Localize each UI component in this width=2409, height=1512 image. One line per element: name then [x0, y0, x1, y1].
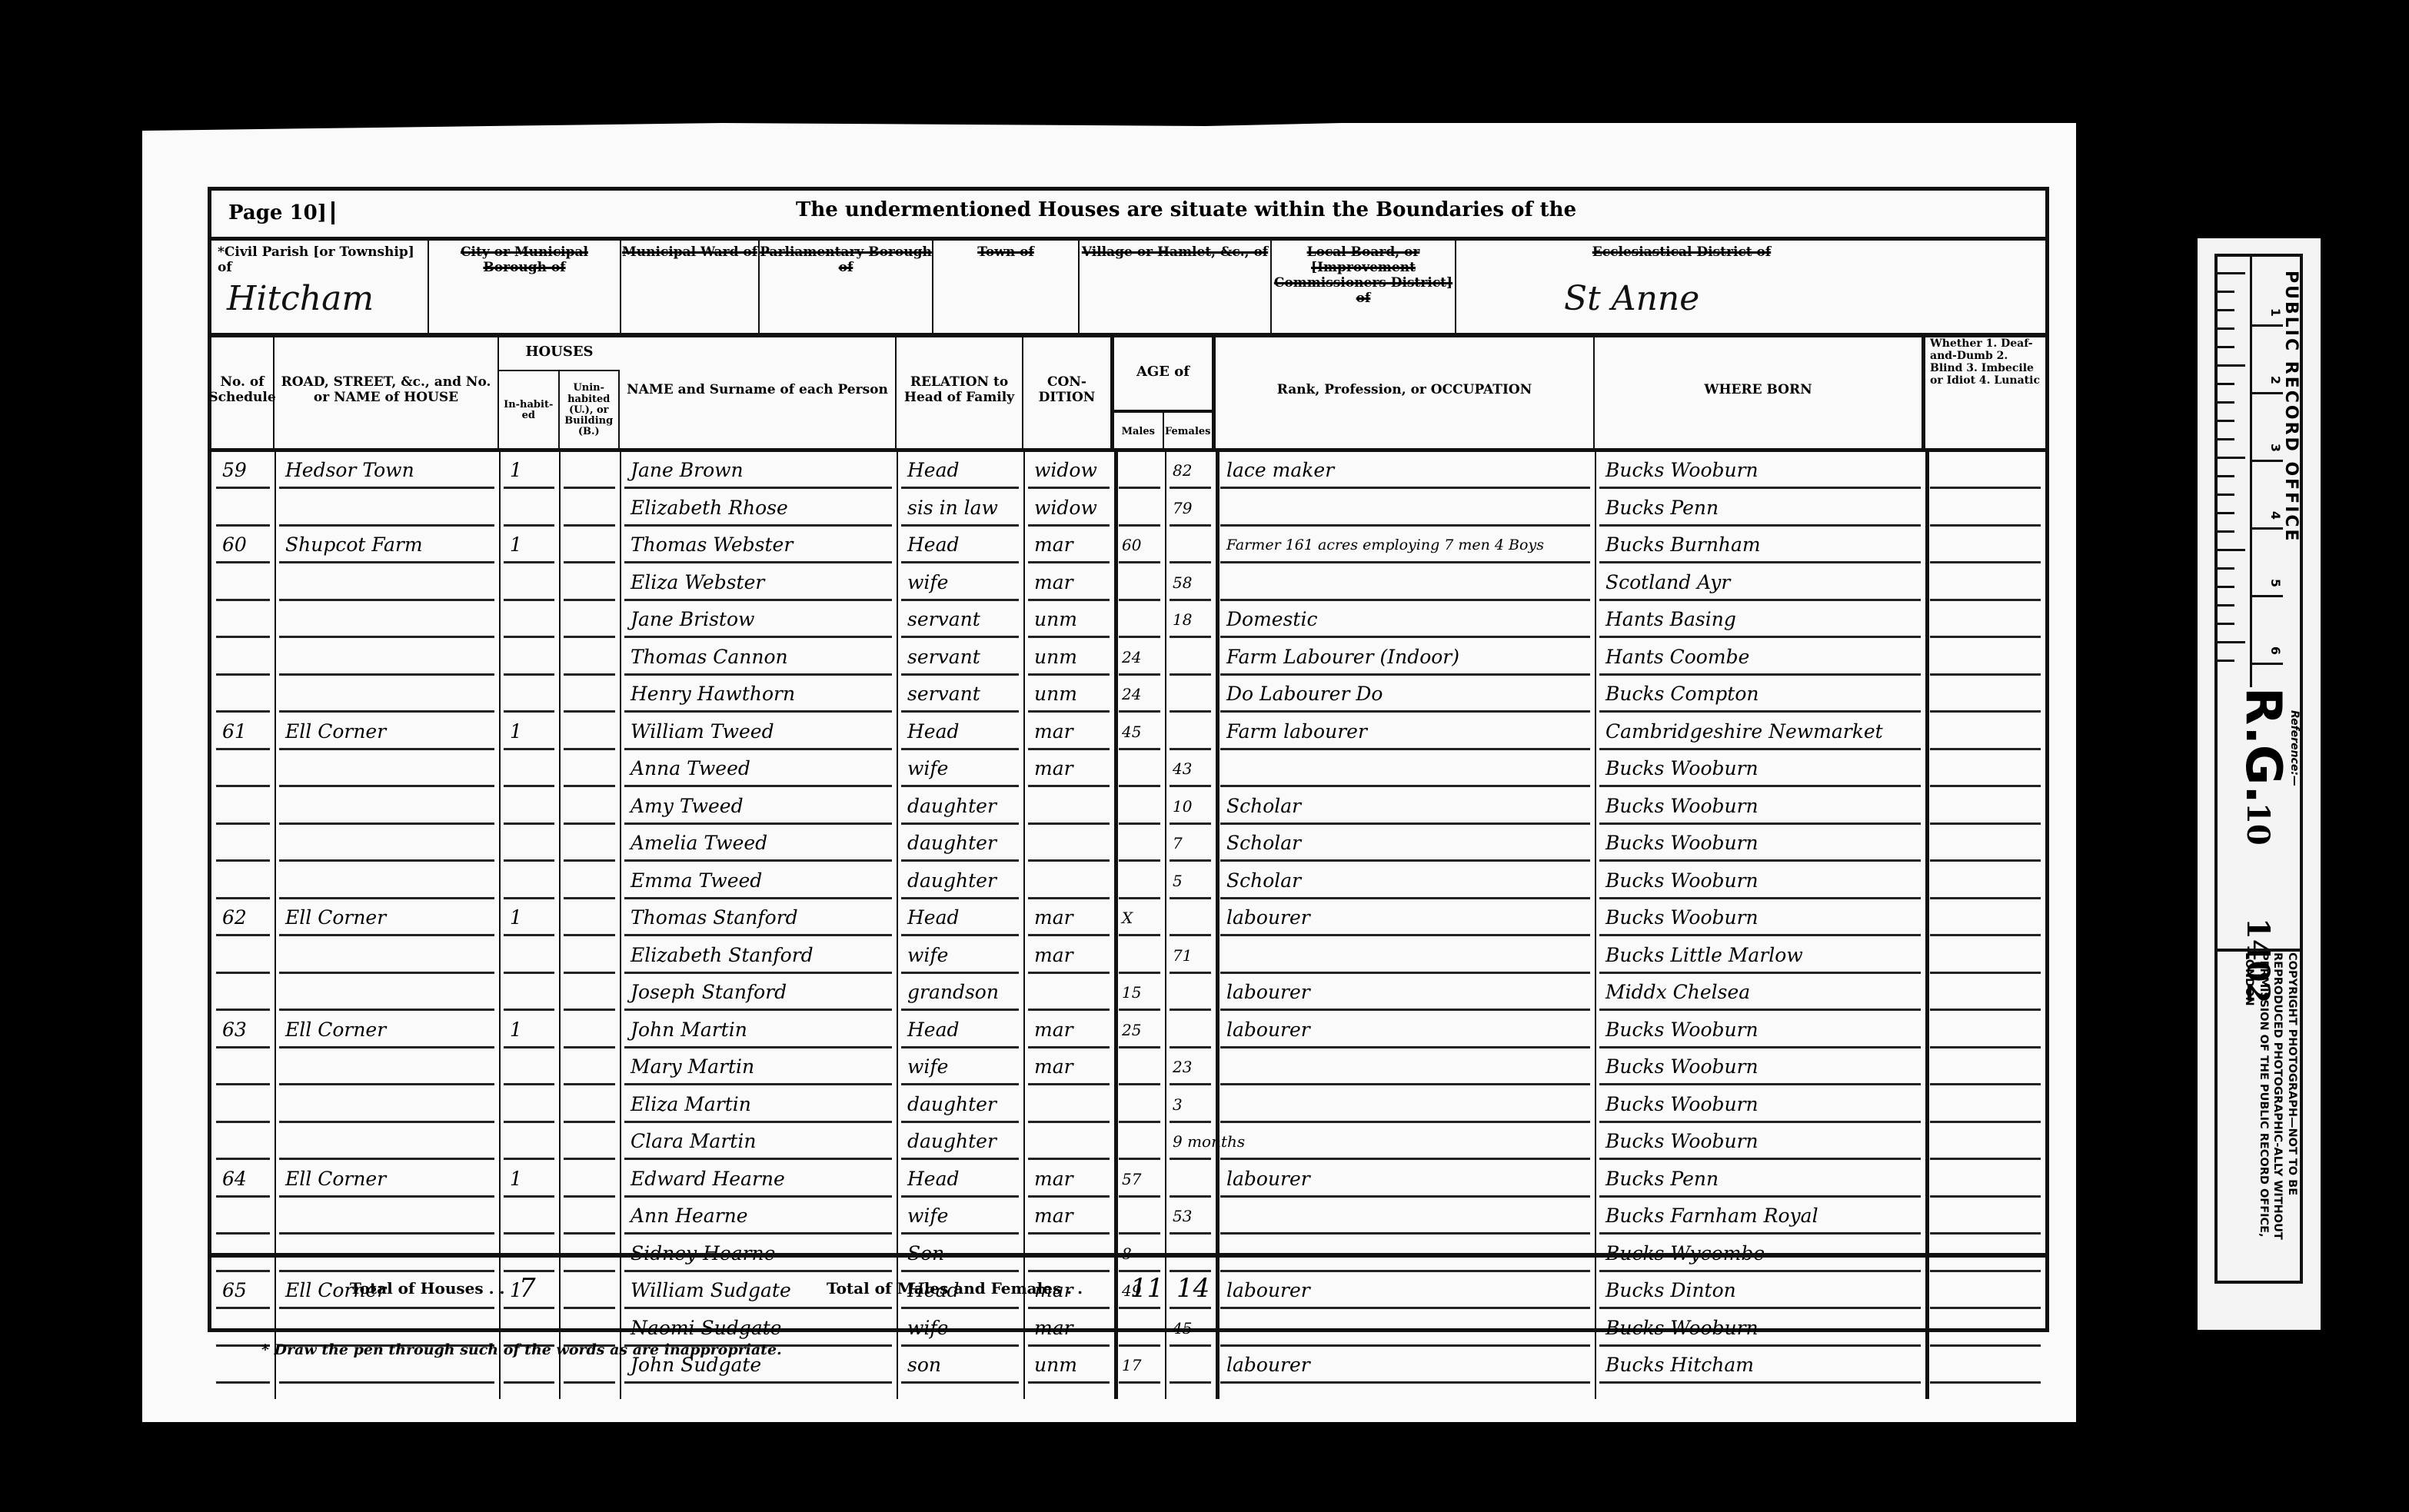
cell-name: Eliza Webster — [624, 564, 892, 601]
cell-occupation: labourer — [1220, 1161, 1590, 1198]
cell-male-age — [1119, 564, 1160, 601]
cell-female-age: 10 — [1170, 788, 1211, 825]
cell-infirm — [1930, 676, 2041, 713]
cell-relation: Head — [901, 713, 1019, 750]
cell-condition: mar — [1028, 564, 1110, 601]
cell-born: Bucks Wooburn — [1599, 899, 1921, 936]
cell-occupation — [1220, 1048, 1590, 1085]
ruler-tick — [2218, 364, 2245, 367]
cell-road — [279, 862, 494, 899]
ruler-tick — [2218, 549, 2245, 551]
area-field: City or Municipal Borough of — [429, 237, 621, 333]
cell-born: Scotland Ayr — [1599, 564, 1921, 601]
cell-inhabited — [504, 788, 554, 825]
area-label: Ecclesiastical District of — [1456, 244, 1907, 260]
cell-condition: unm — [1028, 1347, 1110, 1384]
cell-name: Elizabeth Rhose — [624, 490, 892, 527]
ruler-tick — [2218, 420, 2234, 422]
cell-inhabited: 1 — [504, 1161, 554, 1198]
cell-name: Clara Martin — [624, 1123, 892, 1160]
area-label: Town of — [933, 244, 1078, 260]
cell-born: Cambridgeshire Newmarket — [1599, 713, 1921, 750]
cell-schedule: 62 — [216, 899, 270, 936]
area-value: St Anne — [1564, 279, 1699, 318]
cell-born: Hants Basing — [1599, 601, 1921, 638]
ruler-tick — [2218, 567, 2234, 570]
cell-schedule — [216, 639, 270, 676]
cell-condition — [1028, 974, 1110, 1011]
cell-female-age: 18 — [1170, 601, 1211, 638]
cell-road: Ell Corner — [279, 899, 494, 936]
cell-condition: unm — [1028, 639, 1110, 676]
cell-inhabited — [504, 937, 554, 974]
table-row: Elizabeth Rhosesis in lawwidow79Bucks Pe… — [211, 490, 2045, 527]
cell-condition: mar — [1028, 750, 1110, 787]
cell-born: Bucks Wooburn — [1599, 1086, 1921, 1123]
cell-uninhabited — [564, 639, 615, 676]
cell-schedule — [216, 862, 270, 899]
cell-name: Amelia Tweed — [624, 825, 892, 862]
cell-condition: widow — [1028, 452, 1110, 489]
cell-male-age — [1119, 452, 1160, 489]
cell-infirm — [1930, 452, 2041, 489]
table-row: Anna Tweedwifemar43Bucks Wooburn — [211, 750, 2045, 787]
col-females: Females — [1164, 413, 1213, 451]
cell-condition: unm — [1028, 676, 1110, 713]
cell-occupation — [1220, 564, 1590, 601]
page-number: Page 10] — [228, 201, 334, 224]
cell-relation: servant — [901, 639, 1019, 676]
ruler-tick — [2218, 493, 2234, 496]
cell-male-age — [1119, 750, 1160, 787]
table-row: Joseph Stanfordgrandson15labourerMiddx C… — [211, 974, 2045, 1011]
table-row: Thomas Cannonservantunm24Farm Labourer (… — [211, 639, 2045, 676]
table-row: Clara Martindaughter9 monthsBucks Woobur… — [211, 1123, 2045, 1160]
cell-schedule — [216, 1198, 270, 1235]
table-row: Eliza Websterwifemar58Scotland Ayr — [211, 564, 2045, 601]
col-houses: HOUSES In-habit-ed Unin-habited (U.), or… — [499, 333, 620, 448]
cell-born: Bucks Wooburn — [1599, 1012, 1921, 1048]
cell-road — [279, 1123, 494, 1160]
cell-relation: daughter — [901, 862, 1019, 899]
age-label: AGE of — [1114, 333, 1212, 411]
total-houses-label: Total of Houses . . — [350, 1279, 504, 1298]
col-males: Males — [1114, 413, 1164, 451]
office-label: PUBLIC RECORD OFFICE — [2281, 271, 2301, 543]
cell-inhabited: 1 — [504, 713, 554, 750]
cell-infirm — [1930, 862, 2041, 899]
cell-female-age — [1170, 899, 1211, 936]
cell-uninhabited — [564, 601, 615, 638]
area-field: Local Board, or [Improvement Commissione… — [1272, 237, 1456, 333]
cell-uninhabited — [564, 1086, 615, 1123]
cell-inhabited — [504, 490, 554, 527]
table-row: Eliza Martindaughter3Bucks Wooburn — [211, 1086, 2045, 1123]
cell-occupation — [1220, 490, 1590, 527]
cell-occupation — [1220, 1123, 1590, 1160]
cell-road — [279, 564, 494, 601]
col-relation: RELATION to Head of Family — [897, 333, 1023, 448]
ruler — [2218, 257, 2252, 687]
cell-occupation: Domestic — [1220, 601, 1590, 638]
table-row: Amy Tweeddaughter10ScholarBucks Wooburn — [211, 788, 2045, 825]
cell-occupation: Scholar — [1220, 862, 1590, 899]
cell-infirm — [1930, 899, 2041, 936]
ruler-tick — [2218, 383, 2234, 385]
cell-inhabited — [504, 1123, 554, 1160]
ruler-tick — [2218, 457, 2245, 459]
cell-road: Ell Corner — [279, 1161, 494, 1198]
area-label: Parliamentary Borough of — [760, 244, 932, 275]
cell-schedule: 61 — [216, 713, 270, 750]
cell-uninhabited — [564, 899, 615, 936]
cell-occupation: Scholar — [1220, 788, 1590, 825]
cell-relation: servant — [901, 676, 1019, 713]
cell-female-age: 3 — [1170, 1086, 1211, 1123]
cell-road — [279, 490, 494, 527]
cell-uninhabited — [564, 452, 615, 489]
cell-female-age — [1170, 974, 1211, 1011]
cell-infirm — [1930, 527, 2041, 563]
cell-female-age — [1170, 1161, 1211, 1198]
cell-uninhabited — [564, 676, 615, 713]
cell-male-age: 57 — [1119, 1161, 1160, 1198]
cell-infirm — [1930, 1086, 2041, 1123]
ruler-tick — [2218, 438, 2234, 440]
cell-male-age — [1119, 490, 1160, 527]
area-label: Village or Hamlet, &c., of — [1080, 244, 1270, 260]
cell-condition — [1028, 825, 1110, 862]
census-table: No. of Schedule ROAD, STREET, &c., and N… — [211, 333, 2045, 1328]
reference-strip: PUBLIC RECORD OFFICE Reference:— R.G. 10… — [2198, 238, 2321, 1330]
table-row: Ann Hearnewifemar53Bucks Farnham Royal — [211, 1198, 2045, 1235]
cell-schedule: 64 — [216, 1161, 270, 1198]
ruler-tick — [2218, 272, 2245, 274]
cell-uninhabited — [564, 788, 615, 825]
cell-schedule — [216, 974, 270, 1011]
cell-male-age — [1119, 1123, 1160, 1160]
cell-female-age: 7 — [1170, 825, 1211, 862]
ruler-mark-label: 2 — [2268, 376, 2283, 384]
cell-relation: wife — [901, 1048, 1019, 1085]
col-occupation: Rank, Profession, or OCCUPATION — [1216, 333, 1595, 448]
col-uninhabited: Unin-habited (U.), or Building (B.) — [560, 371, 621, 450]
cell-born: Bucks Wooburn — [1599, 788, 1921, 825]
col-age: AGE of Males Females — [1114, 333, 1216, 448]
boundary-title: The undermentioned Houses are situate wi… — [796, 198, 1576, 221]
cell-schedule — [216, 750, 270, 787]
cell-road — [279, 601, 494, 638]
cell-name: Edward Hearne — [624, 1161, 892, 1198]
cell-born: Bucks Wooburn — [1599, 1123, 1921, 1160]
cell-male-age — [1119, 788, 1160, 825]
cell-road: Ell Corner — [279, 713, 494, 750]
cell-road — [279, 974, 494, 1011]
table-row: Elizabeth Stanfordwifemar71Bucks Little … — [211, 937, 2045, 974]
ruler-tick — [2218, 291, 2234, 293]
cell-relation: sis in law — [901, 490, 1019, 527]
cell-female-age: 79 — [1170, 490, 1211, 527]
cell-female-age: 82 — [1170, 452, 1211, 489]
cell-born: Bucks Little Marlow — [1599, 937, 1921, 974]
cell-uninhabited — [564, 490, 615, 527]
cell-occupation: labourer — [1220, 1012, 1590, 1048]
cell-inhabited — [504, 825, 554, 862]
table-row: 61Ell Corner1William TweedHeadmar45Farm … — [211, 713, 2045, 750]
cell-relation: wife — [901, 937, 1019, 974]
ruler-mark-label: 1 — [2268, 308, 2283, 317]
cell-born: Bucks Wooburn — [1599, 825, 1921, 862]
ruler-tick — [2218, 530, 2234, 533]
cell-name: Jane Brown — [624, 452, 892, 489]
ruler-mark: 5 — [2252, 527, 2283, 597]
area-field: Parliamentary Borough of — [760, 237, 933, 333]
cell-relation: daughter — [901, 788, 1019, 825]
cell-female-age: 43 — [1170, 750, 1211, 787]
cell-occupation — [1220, 1086, 1590, 1123]
cell-occupation: Do Labourer Do — [1220, 676, 1590, 713]
cell-uninhabited — [564, 1123, 615, 1160]
administrative-areas: *Civil Parish [or Township] ofHitchamCit… — [211, 237, 2045, 337]
total-males-value: 11 — [1130, 1273, 1163, 1304]
cell-inhabited — [504, 974, 554, 1011]
cell-uninhabited — [564, 1012, 615, 1048]
area-value: Hitcham — [227, 279, 374, 318]
footnote: * Draw the pen through such of the words… — [261, 1341, 782, 1358]
ruler-mark: 3 — [2252, 392, 2283, 462]
cell-infirm — [1930, 750, 2041, 787]
cell-condition — [1028, 1086, 1110, 1123]
cell-female-age: 53 — [1170, 1198, 1211, 1235]
cell-male-age: X — [1119, 899, 1160, 936]
cell-name: Anna Tweed — [624, 750, 892, 787]
cell-inhabited — [504, 1086, 554, 1123]
cell-occupation: Farm labourer — [1220, 713, 1590, 750]
cell-male-age: 25 — [1119, 1012, 1160, 1048]
cell-relation: daughter — [901, 825, 1019, 862]
total-houses-value: 7 — [519, 1273, 536, 1304]
cell-name: Henry Hawthorn — [624, 676, 892, 713]
cell-relation: wife — [901, 750, 1019, 787]
cell-infirm — [1930, 713, 2041, 750]
ruler-tick — [2218, 641, 2245, 643]
census-form: Page 10] The undermentioned Houses are s… — [208, 187, 2049, 1332]
area-label: *Civil Parish [or Township] of — [211, 244, 428, 275]
cell-condition: mar — [1028, 899, 1110, 936]
cell-schedule — [216, 490, 270, 527]
cell-road — [279, 825, 494, 862]
cell-inhabited — [504, 1048, 554, 1085]
cell-uninhabited — [564, 825, 615, 862]
cell-condition — [1028, 788, 1110, 825]
cell-born: Bucks Penn — [1599, 1161, 1921, 1198]
cell-schedule — [216, 825, 270, 862]
cell-inhabited — [504, 601, 554, 638]
table-row: 62Ell Corner1Thomas StanfordHeadmarXlabo… — [211, 899, 2045, 936]
col-infirmity: Whether 1. Deaf-and-Dumb 2. Blind 3. Imb… — [1925, 333, 2045, 448]
cell-male-age — [1119, 1198, 1160, 1235]
cell-female-age — [1170, 639, 1211, 676]
cell-uninhabited — [564, 527, 615, 563]
copyright-notice: COPYRIGHT PHOTOGRAPH—NOT TO BE REPRODUCE… — [2242, 952, 2299, 1268]
cell-born: Bucks Farnham Royal — [1599, 1198, 1921, 1235]
cell-uninhabited — [564, 937, 615, 974]
cell-female-age: 58 — [1170, 564, 1211, 601]
cell-occupation — [1220, 937, 1590, 974]
cell-inhabited — [504, 1198, 554, 1235]
cell-inhabited: 1 — [504, 1012, 554, 1048]
cell-schedule — [216, 937, 270, 974]
cell-occupation: labourer — [1220, 1347, 1590, 1384]
cell-name: Thomas Stanford — [624, 899, 892, 936]
cell-inhabited — [504, 862, 554, 899]
area-label: City or Municipal Borough of — [429, 244, 620, 275]
cell-male-age — [1119, 1048, 1160, 1085]
cell-infirm — [1930, 1161, 2041, 1198]
ruler-tick — [2218, 623, 2234, 625]
cell-inhabited — [504, 676, 554, 713]
cell-relation: Head — [901, 1012, 1019, 1048]
cell-occupation: Farm Labourer (Indoor) — [1220, 639, 1590, 676]
area-field: Village or Hamlet, &c., of — [1080, 237, 1272, 333]
cell-schedule — [216, 564, 270, 601]
cell-inhabited: 1 — [504, 452, 554, 489]
cell-infirm — [1930, 1198, 2041, 1235]
cell-occupation: labourer — [1220, 899, 1590, 936]
ruler-mark-label: 5 — [2268, 579, 2283, 587]
area-field: Town of — [933, 237, 1080, 333]
table-row: 60Shupcot Farm1Thomas WebsterHeadmar60Fa… — [211, 527, 2045, 563]
ruler-mark-label: 6 — [2268, 646, 2283, 655]
cell-occupation: Scholar — [1220, 825, 1590, 862]
cell-name: John Martin — [624, 1012, 892, 1048]
table-row: Emma Tweeddaughter5ScholarBucks Wooburn — [211, 862, 2045, 899]
cell-female-age — [1170, 527, 1211, 563]
cell-schedule — [216, 601, 270, 638]
col-road: ROAD, STREET, &c., and No. or NAME of HO… — [275, 333, 499, 448]
cell-uninhabited — [564, 974, 615, 1011]
ruler-mark-label: 3 — [2268, 444, 2283, 452]
cell-infirm — [1930, 490, 2041, 527]
cell-female-age — [1170, 1347, 1211, 1384]
ruler-tick — [2218, 327, 2234, 330]
ruler-mark: 6 — [2252, 595, 2283, 665]
cell-infirm — [1930, 825, 2041, 862]
ruler-tick — [2218, 604, 2234, 606]
cell-road — [279, 937, 494, 974]
cell-road — [279, 750, 494, 787]
cell-road — [279, 676, 494, 713]
cell-schedule — [216, 1123, 270, 1160]
cell-condition: mar — [1028, 527, 1110, 563]
cell-name: Jane Bristow — [624, 601, 892, 638]
cell-relation: Head — [901, 452, 1019, 489]
cell-born: Hants Coombe — [1599, 639, 1921, 676]
cell-occupation — [1220, 1198, 1590, 1235]
cell-relation: Head — [901, 899, 1019, 936]
cell-uninhabited — [564, 1161, 615, 1198]
cell-infirm — [1930, 1123, 2041, 1160]
ruler-mark: 1 — [2252, 257, 2283, 327]
total-persons-label: Total of Males and Females . . — [827, 1279, 1083, 1298]
cell-infirm — [1930, 1048, 2041, 1085]
cell-male-age — [1119, 601, 1160, 638]
ruler-tick — [2218, 660, 2234, 662]
cell-occupation — [1220, 750, 1590, 787]
cell-female-age — [1170, 713, 1211, 750]
cell-schedule — [216, 676, 270, 713]
cell-born: Bucks Wooburn — [1599, 452, 1921, 489]
cell-female-age: 5 — [1170, 862, 1211, 899]
cell-uninhabited — [564, 713, 615, 750]
cell-male-age: 24 — [1119, 639, 1160, 676]
cell-condition: widow — [1028, 490, 1110, 527]
area-label: Local Board, or [Improvement Commissione… — [1272, 244, 1455, 306]
cell-relation: wife — [901, 564, 1019, 601]
cell-uninhabited — [564, 1048, 615, 1085]
cell-female-age — [1170, 1012, 1211, 1048]
cell-inhabited: 1 — [504, 899, 554, 936]
col-name: NAME and Surname of each Person — [620, 333, 897, 448]
cell-male-age — [1119, 1086, 1160, 1123]
cell-uninhabited — [564, 862, 615, 899]
ruler-tick — [2218, 346, 2234, 348]
cell-occupation: Farmer 161 acres employing 7 men 4 Boys — [1220, 527, 1590, 563]
cell-born: Bucks Compton — [1599, 676, 1921, 713]
cell-infirm — [1930, 639, 2041, 676]
cell-born: Bucks Penn — [1599, 490, 1921, 527]
cell-name: Ann Hearne — [624, 1198, 892, 1235]
ruler-tick — [2218, 512, 2234, 514]
cell-condition: mar — [1028, 1012, 1110, 1048]
cell-infirm — [1930, 1347, 2041, 1384]
cell-infirm — [1930, 564, 2041, 601]
cell-male-age: 15 — [1119, 974, 1160, 1011]
cell-uninhabited — [564, 1198, 615, 1235]
cell-condition — [1028, 1123, 1110, 1160]
cell-female-age: 9 months — [1170, 1123, 1211, 1160]
col-schedule: No. of Schedule — [211, 333, 275, 448]
cell-name: Eliza Martin — [624, 1086, 892, 1123]
cell-relation: daughter — [901, 1123, 1019, 1160]
table-row: Amelia Tweeddaughter7ScholarBucks Woobur… — [211, 825, 2045, 862]
cell-male-age — [1119, 937, 1160, 974]
area-field: Ecclesiastical District ofSt Anne — [1456, 237, 1907, 333]
table-row: Mary Martinwifemar23Bucks Wooburn — [211, 1048, 2045, 1085]
cell-inhabited — [504, 639, 554, 676]
area-field: *Civil Parish [or Township] ofHitcham — [211, 237, 429, 333]
cell-occupation: lace maker — [1220, 452, 1590, 489]
cell-relation: son — [901, 1347, 1019, 1384]
cell-road: Ell Corner — [279, 1012, 494, 1048]
table-row: 63Ell Corner1John MartinHeadmar25laboure… — [211, 1012, 2045, 1048]
cell-born: Bucks Hitcham — [1599, 1347, 1921, 1384]
cell-condition — [1028, 862, 1110, 899]
area-label: Municipal Ward of — [621, 244, 758, 260]
cell-condition: mar — [1028, 713, 1110, 750]
total-females-value: 14 — [1176, 1273, 1209, 1304]
cell-inhabited: 1 — [504, 527, 554, 563]
form-title-row: Page 10] The undermentioned Houses are s… — [211, 191, 2045, 241]
cell-infirm — [1930, 1012, 2041, 1048]
col-condition: CON-DITION — [1023, 333, 1114, 448]
cell-male-age: 45 — [1119, 713, 1160, 750]
cell-road: Hedsor Town — [279, 452, 494, 489]
col-where-born: WHERE BORN — [1595, 333, 1925, 448]
cell-road — [279, 1048, 494, 1085]
cell-infirm — [1930, 937, 2041, 974]
cell-born: Bucks Wooburn — [1599, 862, 1921, 899]
